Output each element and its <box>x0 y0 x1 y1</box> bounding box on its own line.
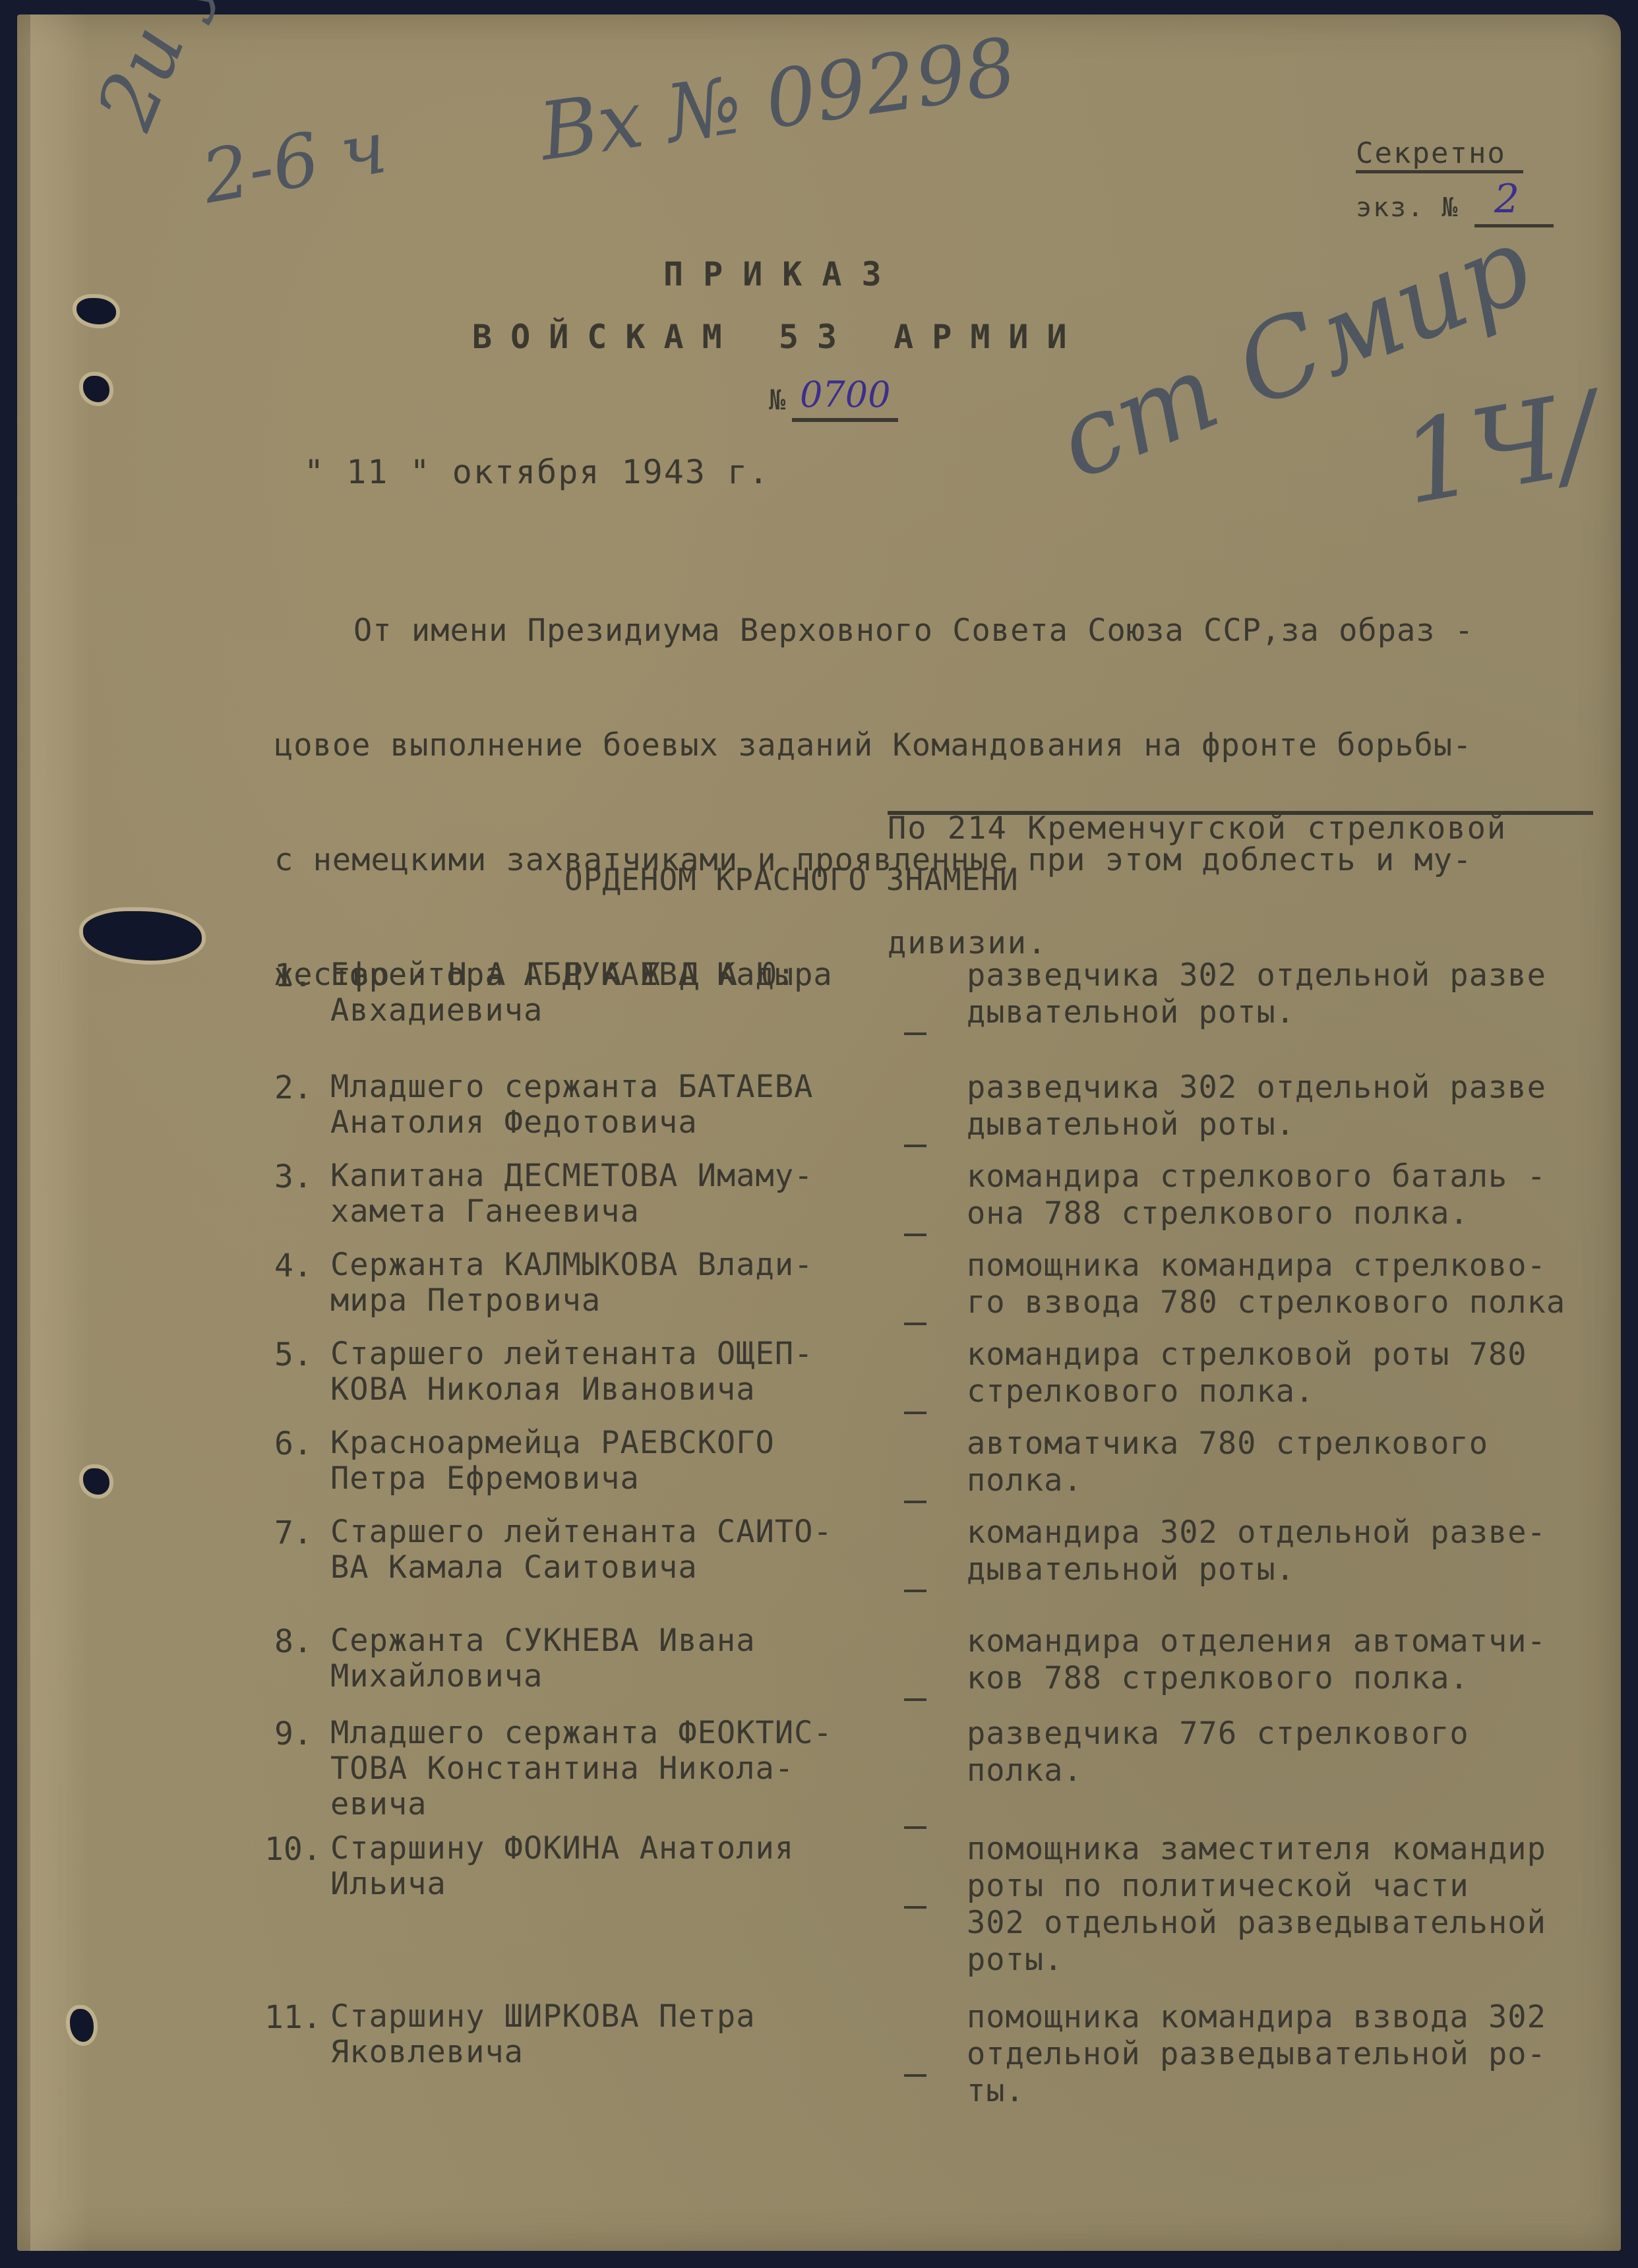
entry-position: разведчика 776 стрелковогополка. <box>967 1716 1469 1789</box>
entry-position: помощника командира взвода 302отдельной … <box>967 1999 1546 2110</box>
entry-position-line: отдельной разведывательной ро- <box>967 2036 1546 2073</box>
entry-separator-dash <box>904 1698 926 1701</box>
entry-number: 1. <box>274 957 313 994</box>
entry-position-line: полка. <box>967 1752 1469 1789</box>
entry-position-line: дывательной роты. <box>967 994 1546 1031</box>
entry-name-line: ВА Камала Саитовича <box>330 1550 833 1586</box>
entry-name-line: Авхадиевича <box>330 993 833 1029</box>
entry-separator-dash <box>904 1323 926 1325</box>
division-line-1: По 214 Кременчугской стрелковой <box>888 810 1507 848</box>
order-number-label: № <box>769 384 787 416</box>
entry-position-line: роты. <box>967 1942 1546 1979</box>
entry-number: 2. <box>274 1069 313 1106</box>
entry-name-line: Петра Ефремовича <box>330 1461 775 1497</box>
entry-position-line: разведчика 302 отдельной разве <box>967 1069 1546 1106</box>
order-number: 0700 <box>792 374 898 422</box>
entry-name-line: Ильича <box>330 1866 794 1902</box>
entry-name-line: Старшего лейтенанта САИТО- <box>330 1514 833 1550</box>
entry-separator-dash <box>904 1590 926 1592</box>
entry-position-line: го взвода 780 стрелкового полка <box>967 1284 1565 1321</box>
entry-name-line: Младшего сержанта БАТАЕВА <box>330 1069 813 1105</box>
entry-position-line: полка. <box>967 1462 1488 1499</box>
punch-hole <box>83 376 109 402</box>
entry-name-line: мира Петровича <box>330 1283 813 1319</box>
entry-position: автоматчика 780 стрелковогополка. <box>967 1425 1488 1499</box>
entry-name-line: КОВА Николая Ивановича <box>330 1372 813 1408</box>
entry-number: 7. <box>274 1514 313 1551</box>
entry-position-line: командира стрелкового баталь - <box>967 1158 1546 1195</box>
entry-position-line: разведчика 302 отдельной разве <box>967 957 1546 994</box>
entry-separator-dash <box>904 1145 926 1147</box>
entry-name-line: Михайловича <box>330 1659 756 1694</box>
entry-name-line: Старшину ШИРКОВА Петра <box>330 1999 756 2035</box>
entry-name-line: Старшину ФОКИНА Анатолия <box>330 1831 794 1866</box>
entry-position: разведчика 302 отдельной разведывательно… <box>967 1069 1546 1143</box>
entry-separator-dash <box>904 1412 926 1414</box>
entry-name: Красноармейца РАЕВСКОГОПетра Ефремовича <box>330 1425 775 1497</box>
entry-name-line: евича <box>330 1787 833 1822</box>
entry-position-line: командира отделения автоматчи- <box>967 1623 1546 1660</box>
entry-number: 11. <box>264 1999 322 2036</box>
entry-separator-dash <box>904 2074 926 2077</box>
handwritten-note: 2-6 ч <box>196 105 393 220</box>
document-title: ПРИКАЗ <box>663 255 901 293</box>
entry-name-line: Анатолия Федотовича <box>330 1105 813 1141</box>
entry-position-line: она 788 стрелкового полка. <box>967 1195 1546 1232</box>
entry-position: командира стрелковой роты 780стрелкового… <box>967 1336 1527 1410</box>
entry-name-line: Старшего лейтенанта ОЩЕП- <box>330 1336 813 1372</box>
entry-name: Сержанта КАЛМЫКОВА Влади-мира Петровича <box>330 1247 813 1319</box>
entry-position: командира 302 отдельной разве-дывательно… <box>967 1514 1546 1588</box>
entry-name: Старшего лейтенанта САИТО-ВА Камала Саит… <box>330 1514 833 1586</box>
punch-hole <box>76 298 116 324</box>
entry-position: командира стрелкового баталь -она 788 ст… <box>967 1158 1546 1232</box>
entry-position-line: помощника командира взвода 302 <box>967 1999 1546 2036</box>
order-date: " 11 " октября 1943 г. <box>304 453 770 491</box>
entry-name-line: Сержанта СУКНЕВА Ивана <box>330 1623 756 1659</box>
entry-position: командира отделения автоматчи-ков 788 ст… <box>967 1623 1546 1697</box>
entry-number: 8. <box>274 1623 313 1660</box>
entry-separator-dash <box>904 1032 926 1035</box>
entry-name: Младшего сержанта ФЕОКТИС-ТОВА Константи… <box>330 1716 833 1822</box>
entry-number: 10. <box>264 1831 322 1868</box>
copy-label: экз. № <box>1356 193 1459 223</box>
entry-position-line: командира 302 отдельной разве- <box>967 1514 1546 1551</box>
entry-name-line: Сержанта КАЛМЫКОВА Влади- <box>330 1247 813 1283</box>
entry-name: Ефрейтора АБДУКАЕВА КадыраАвхадиевича <box>330 957 833 1029</box>
entry-name-line: Яковлевича <box>330 2035 756 2070</box>
entry-position-line: дывательной роты. <box>967 1106 1546 1143</box>
entry-position-line: 302 отдельной разведывательной <box>967 1905 1546 1942</box>
entry-number: 9. <box>274 1716 313 1752</box>
entry-separator-dash <box>904 1826 926 1829</box>
entry-number: 5. <box>274 1336 313 1373</box>
entry-name-line: хамета Ганеевича <box>330 1194 813 1230</box>
classification-label: Секретно <box>1356 136 1523 173</box>
entry-position-line: роты по политической части <box>967 1868 1546 1905</box>
entry-position: помощника командира стрелково-го взвода … <box>967 1247 1565 1321</box>
entry-name-line: Ефрейтора АБДУКАЕВА Кадыра <box>330 957 833 993</box>
entry-name: Младшего сержанта БАТАЕВААнатолия Федото… <box>330 1069 813 1141</box>
entry-position-line: автоматчика 780 стрелкового <box>967 1425 1488 1462</box>
entry-number: 6. <box>274 1425 313 1462</box>
punch-hole <box>70 2009 94 2042</box>
entry-name: Старшину ФОКИНА АнатолияИльича <box>330 1831 794 1902</box>
punch-hole <box>83 911 202 961</box>
entry-name-line: ТОВА Константина Никола- <box>330 1751 833 1787</box>
entry-name-line: Красноармейца РАЕВСКОГО <box>330 1425 775 1461</box>
entry-position: разведчика 302 отдельной разведывательно… <box>967 957 1546 1031</box>
award-heading: ОРДЕНОМ КРАСНОГО ЗНАМЕНИ <box>564 862 1019 897</box>
entry-number: 3. <box>274 1158 313 1195</box>
entry-name: Капитана ДЕСМЕТОВА Имаму-хамета Ганеевич… <box>330 1158 813 1230</box>
handwritten-mark: 1Ч/ <box>1392 368 1608 531</box>
entry-name: Сержанта СУКНЕВА ИванаМихайловича <box>330 1623 756 1694</box>
division-underline <box>888 811 1593 815</box>
copy-number: 2 <box>1494 176 1519 222</box>
entry-name-line: Капитана ДЕСМЕТОВА Имаму- <box>330 1158 813 1194</box>
copy-underline <box>1474 224 1554 227</box>
entry-separator-dash <box>904 1234 926 1236</box>
entry-number: 4. <box>274 1247 313 1284</box>
entry-name: Старшего лейтенанта ОЩЕП-КОВА Николая Ив… <box>330 1336 813 1408</box>
entry-position: помощника заместителя командирроты по по… <box>967 1831 1546 1979</box>
entry-position-line: помощника командира стрелково- <box>967 1247 1565 1284</box>
entry-name-line: Младшего сержанта ФЕОКТИС- <box>330 1716 833 1751</box>
entry-position-line: ты. <box>967 2073 1546 2110</box>
entry-position-line: командира стрелковой роты 780 <box>967 1336 1527 1373</box>
entry-name: Старшину ШИРКОВА ПетраЯковлевича <box>330 1999 756 2070</box>
entry-position-line: разведчика 776 стрелкового <box>967 1716 1469 1752</box>
punch-hole <box>83 1468 109 1495</box>
entry-position-line: помощника заместителя командир <box>967 1831 1546 1868</box>
document-page: 2и укр 2-6 ч Вх № 09298 ст Смир 1Ч/ Секр… <box>17 15 1621 2251</box>
handwritten-incoming-number: Вх № 09298 <box>534 21 1022 179</box>
entry-separator-dash <box>904 1501 926 1503</box>
entry-position-line: ков 788 стрелкового полка. <box>967 1660 1546 1697</box>
entry-position-line: стрелкового полка. <box>967 1373 1527 1410</box>
document-subtitle: ВОЙСКАМ 53 АРМИИ <box>472 318 1085 356</box>
handwritten-note: 2и укр <box>80 0 266 141</box>
entry-position-line: дывательной роты. <box>967 1551 1546 1588</box>
entry-separator-dash <box>904 1906 926 1909</box>
preamble-line: От имени Президиума Верховного Совета Со… <box>274 612 1626 650</box>
